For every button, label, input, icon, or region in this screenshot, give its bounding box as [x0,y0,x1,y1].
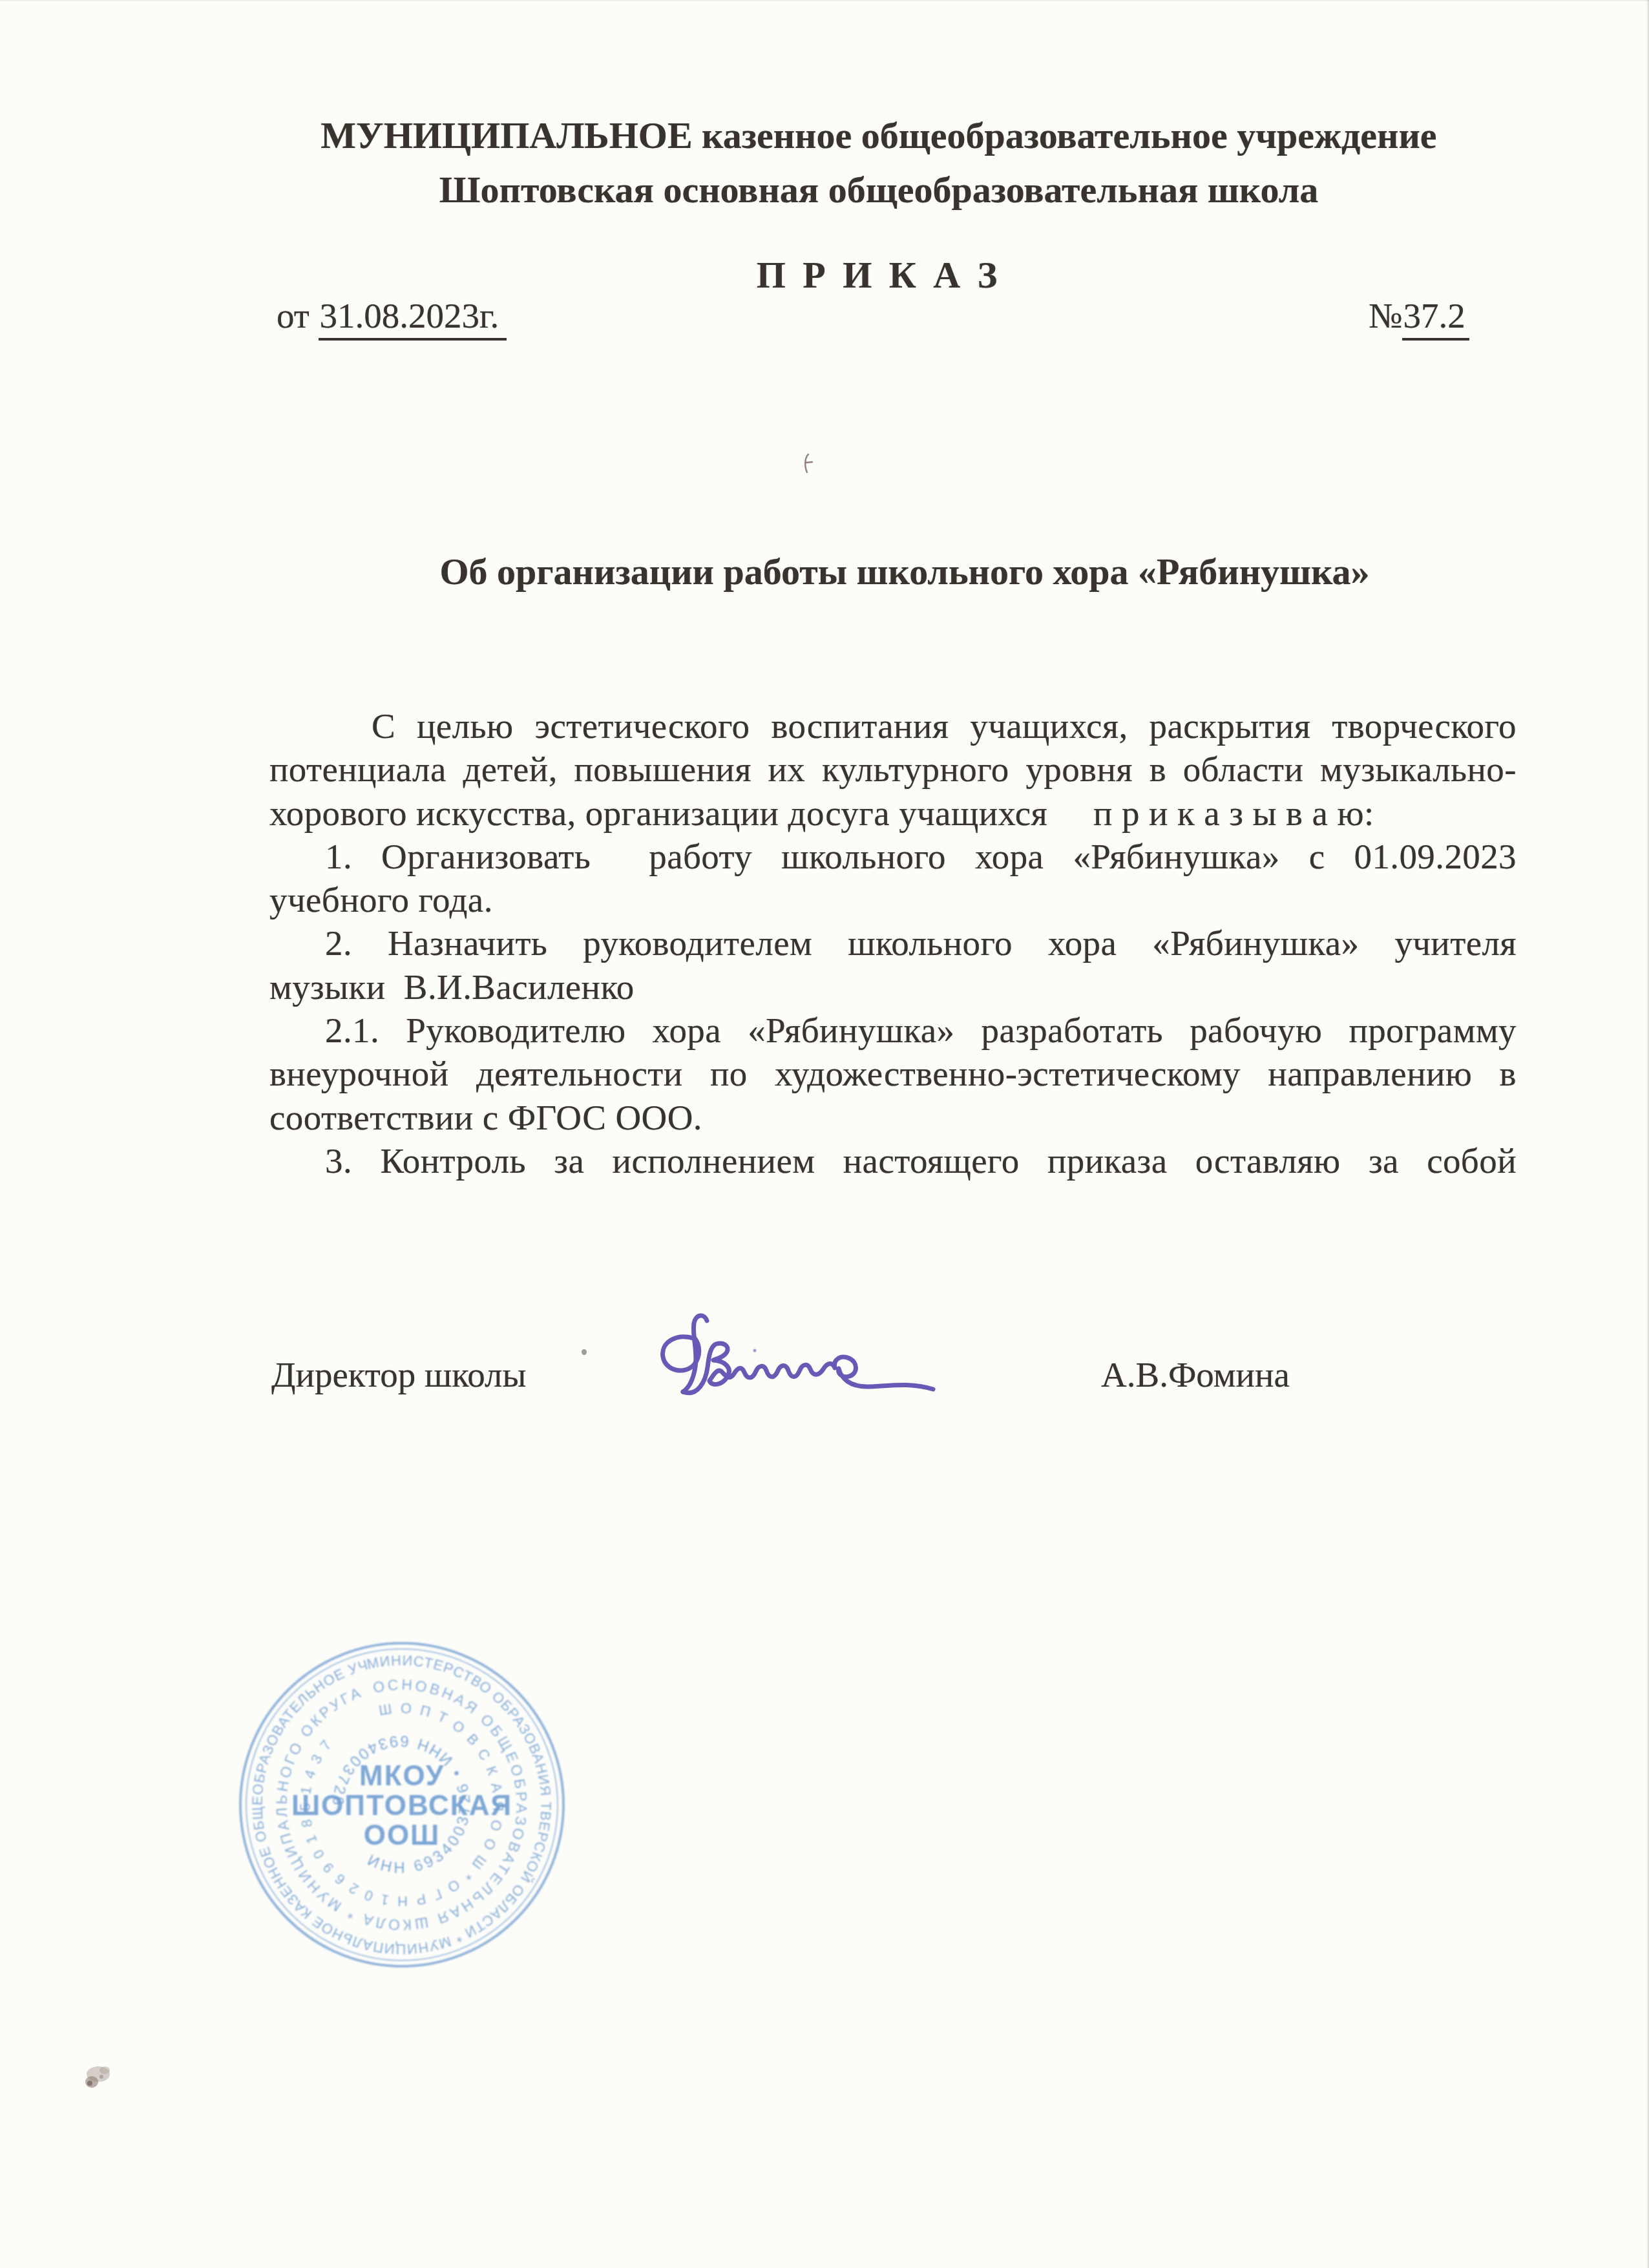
org-name-line1: МУНИЦИПАЛЬНОЕ казенное общеобразовательн… [271,109,1486,163]
body-line: внеурочной деятельности по художественно… [269,1052,1517,1095]
body-line: хорового искусства, организации досуга у… [269,792,1517,835]
stamp-center-line2: ШОПТОВСКАЯ [291,1790,512,1822]
order-date-prefix: от [277,296,310,335]
body-line: 2.1. Руководителю хора «Рябинушка» разра… [269,1009,1517,1052]
order-body: С целью эстетического воспитания учащихс… [269,704,1517,1182]
body-line: музыки В.И.Василенко [269,965,1517,1009]
order-number-value: 37.2 [1402,296,1469,341]
order-date-value: 31.08.2023г. [319,296,507,341]
stamp-center-line1: МКОУ [359,1760,445,1792]
document-page: МУНИЦИПАЛЬНОЕ казенное общеобразовательн… [0,0,1649,2268]
body-line: 1. Организовать работу школьного хора «Р… [269,835,1517,878]
order-number-sign: № [1369,296,1402,335]
body-line: 3. Контроль за исполнением настоящего пр… [269,1139,1517,1182]
body-line: С целью эстетического воспитания учащихс… [269,704,1517,748]
org-name-line2: Шоптовская основная общеобразовательная … [271,163,1486,217]
order-number: №37.2 [1369,295,1469,336]
order-date: от 31.08.2023г. [277,295,507,336]
scan-smudge [80,2063,116,2095]
order-subject: Об организации работы школьного хора «Ря… [271,550,1538,593]
stamp-center-line3: ООШ [364,1820,441,1851]
signature-name: А.В.Фомина [1101,1354,1290,1395]
order-heading: П Р И К А З [271,253,1486,297]
body-line: соответствии с ФГОС ООО. [269,1096,1517,1139]
scan-speck-mark [800,451,817,477]
body-line: учебного года. [269,878,1517,921]
body-line: 2. Назначить руководителем школьного хор… [269,921,1517,965]
handwritten-signature [645,1303,942,1419]
signature-role-label: Директор школы [271,1354,526,1395]
school-round-stamp: МИНИСТЕРСТВО ОБРАЗОВАНИЯ ТВЕРСКОЙ ОБЛАСТ… [233,1635,571,1974]
body-line: потенциала детей, повышения их культурно… [269,748,1517,791]
org-header: МУНИЦИПАЛЬНОЕ казенное общеобразовательн… [271,109,1486,217]
scan-speck-dot [582,1349,587,1355]
